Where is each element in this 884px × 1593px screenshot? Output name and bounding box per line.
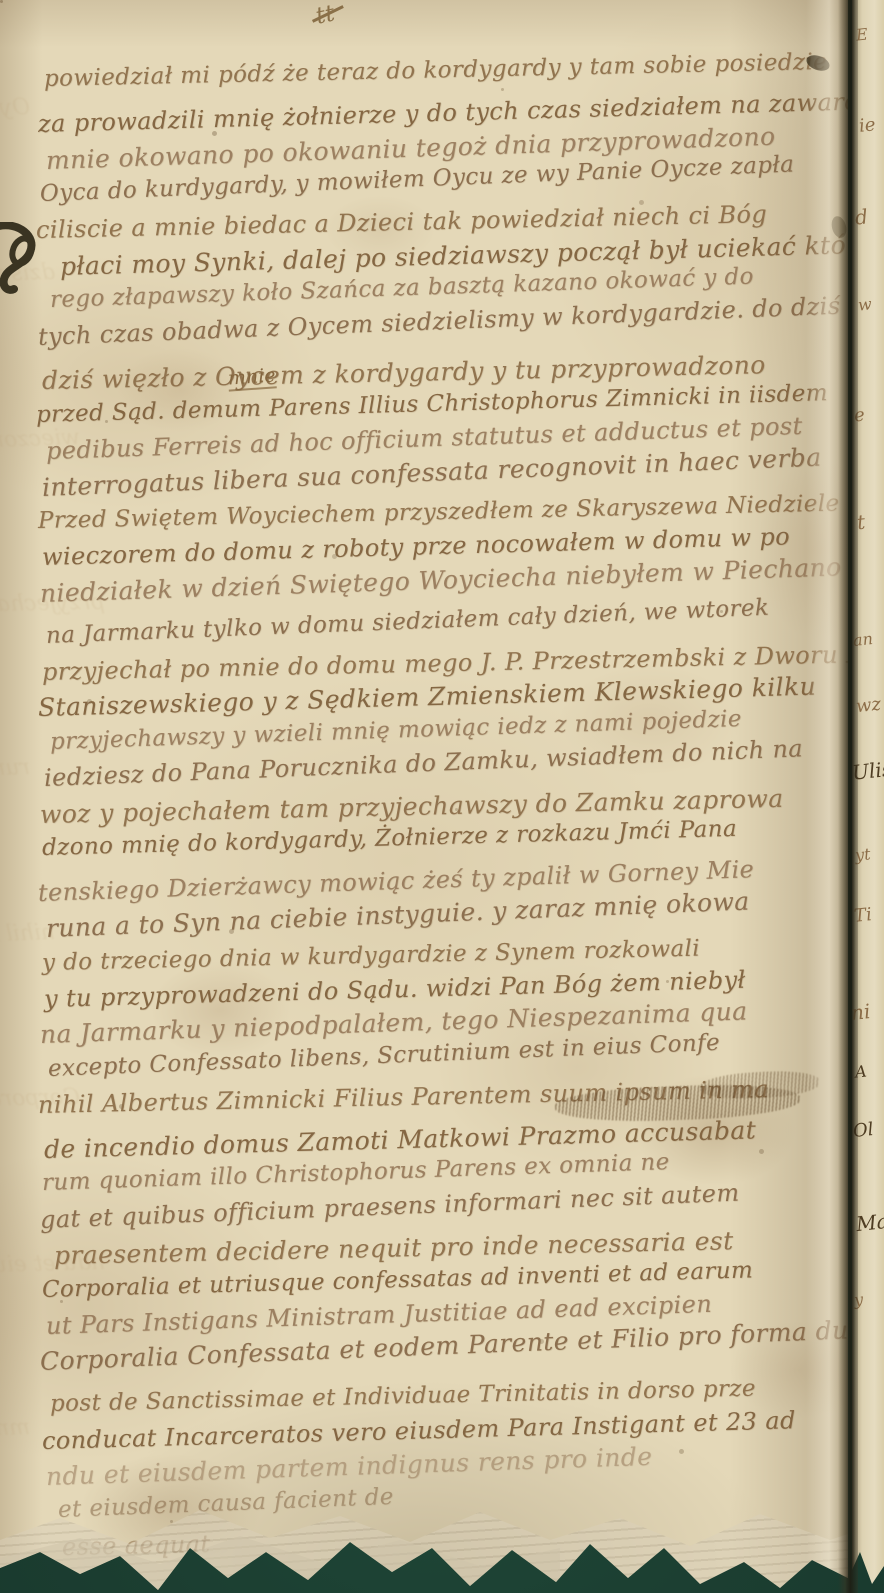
interlinear-insertion: mnie (227, 364, 276, 391)
paper-speckles (0, 0, 3, 3)
next-page-text-fragment: Mar (855, 1208, 884, 1236)
bleed-through-text: Oyca do kurdygardy, y mowiłem Oycu ze wy… (0, 95, 30, 132)
bleed-through-text: runa a to Syn na ciebie instyguie. y zar… (0, 755, 30, 796)
manuscript-scan: Oyca do kurdygardy, y mowiłem Oycu ze wy… (0, 0, 884, 1593)
bleed-through-text: mnie okowano po okowaniu tegoż dnia przy… (0, 1415, 30, 1462)
page-mark: tt (313, 0, 337, 29)
manuscript-page: Oyca do kurdygardy, y mowiłem Oycu ze wy… (0, 0, 848, 1593)
next-page-text-fragment: w (857, 294, 873, 314)
manuscript-line: powiedział mi pódź że teraz do kordygard… (44, 49, 828, 92)
next-page-text-fragment: ie (858, 114, 877, 137)
next-page-text-fragment: wz (855, 694, 882, 717)
ink-blot (0, 222, 42, 302)
book-gutter (838, 0, 858, 1593)
